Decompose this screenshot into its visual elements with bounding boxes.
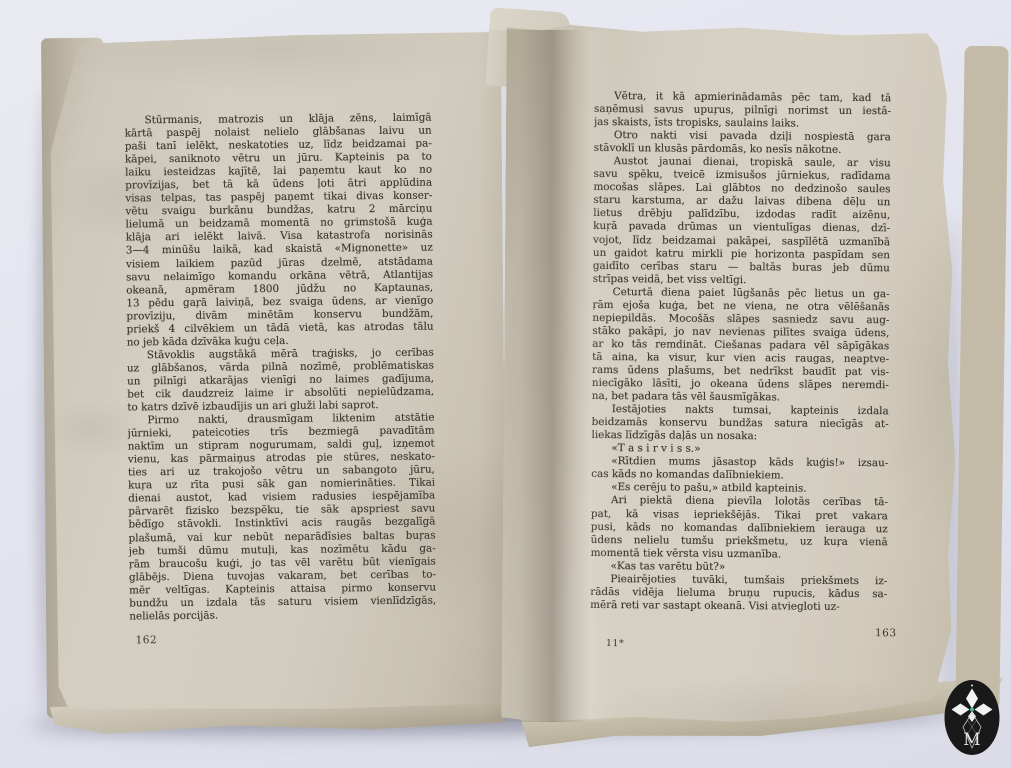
open-book: Stūrmanis, matrozis un klāja zēns, laimī…	[48, 8, 963, 753]
signature-mark: 11*	[606, 638, 624, 649]
right-page: Vētra, it kā apmierinādamās pēc tam, kad…	[501, 22, 958, 728]
left-page: Stūrmanis, matrozis un klāja zēns, laimī…	[49, 32, 507, 714]
green-center-dot-icon	[970, 708, 974, 712]
text-line: nelielās porcijās.	[129, 607, 436, 623]
monogram-letter: M	[963, 730, 980, 750]
text-line: mērā reti var sastapt okeanā. Visi atvie…	[590, 599, 887, 614]
right-page-text: Vētra, it kā apmierinādamās pēc tam, kad…	[590, 90, 891, 614]
left-page-text: Stūrmanis, matrozis un klāja zēns, laimī…	[125, 112, 437, 624]
page-stack-right-edge	[955, 46, 1008, 711]
brand-watermark: M	[943, 679, 1001, 756]
right-page-number: 163	[875, 627, 897, 639]
photo-backdrop: Stūrmanis, matrozis un klāja zēns, laimī…	[0, 0, 1011, 768]
left-page-number: 162	[136, 634, 158, 646]
dot-icon	[971, 685, 973, 687]
